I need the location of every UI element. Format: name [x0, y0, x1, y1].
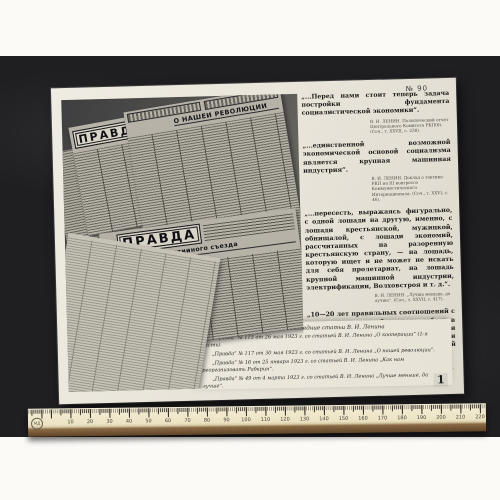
quote-attribution: В. И. ЛЕНИН. „Лучше меньше, да лучше“. (… — [374, 291, 454, 304]
stamp-number: 1 — [434, 373, 448, 386]
quote-block: „...Перед нами стоит теперь задача постр… — [301, 90, 450, 136]
ruler-number: 40 — [126, 419, 132, 425]
ruler-number: 160 — [358, 416, 368, 422]
ruler-number: 150 — [339, 416, 349, 422]
ruler-number: 120 — [280, 417, 290, 423]
ruler-number: 60 — [165, 418, 171, 424]
newsprint-texture — [61, 237, 220, 392]
ruler-number: 80 — [204, 418, 210, 424]
ruler-number: 90 — [223, 417, 229, 423]
quote-text: „...Перед нами стоит теперь задача постр… — [301, 90, 450, 118]
ruler-number: 110 — [261, 417, 271, 423]
ruler-number: 70 — [184, 418, 190, 424]
ruler-number: 210 — [456, 414, 466, 420]
ruler-number: 220 — [475, 414, 485, 420]
ruler-number: 10 — [67, 419, 73, 425]
photo-print: № 90 ПРАВДА О НАШЕЙ РЕВОЛЮЦИИ ПРАВДА И п… — [51, 78, 464, 404]
quote-text: „...пересесть, выражаясь фигурально, с о… — [304, 207, 454, 293]
ruler-number: 20 — [87, 419, 93, 425]
ruler-number: 140 — [319, 416, 329, 422]
ruler-number: 180 — [397, 415, 407, 421]
quote-block: „...единственной возможной экономической… — [302, 139, 452, 204]
ruler-number: 130 — [300, 416, 310, 422]
quote-text: „...единственной возможной экономической… — [302, 139, 451, 176]
ruler-number: 100 — [241, 417, 251, 423]
ruler-number: 200 — [436, 415, 446, 421]
ruler-brand: МД — [31, 418, 43, 430]
measuring-ruler: МД 1020304050607080901001101201301401501… — [28, 403, 486, 437]
newspaper-clipping — [61, 233, 220, 392]
quote-attribution: В. И. ЛЕНИН. Доклад о тактике РКП на III… — [371, 174, 452, 202]
ruler-number: 170 — [378, 415, 388, 421]
caption-item: „Правда“ № 49 от 4 марта 1923 г. со стат… — [202, 372, 444, 391]
ruler-number: 190 — [417, 415, 427, 421]
ruler-number: 50 — [145, 418, 151, 424]
ruler-number: 30 — [106, 419, 112, 425]
quote-block: „...пересесть, выражаясь фигурально, с о… — [304, 207, 454, 305]
quote-attribution: В. И. ЛЕНИН. Политический отчет Централь… — [370, 116, 450, 134]
